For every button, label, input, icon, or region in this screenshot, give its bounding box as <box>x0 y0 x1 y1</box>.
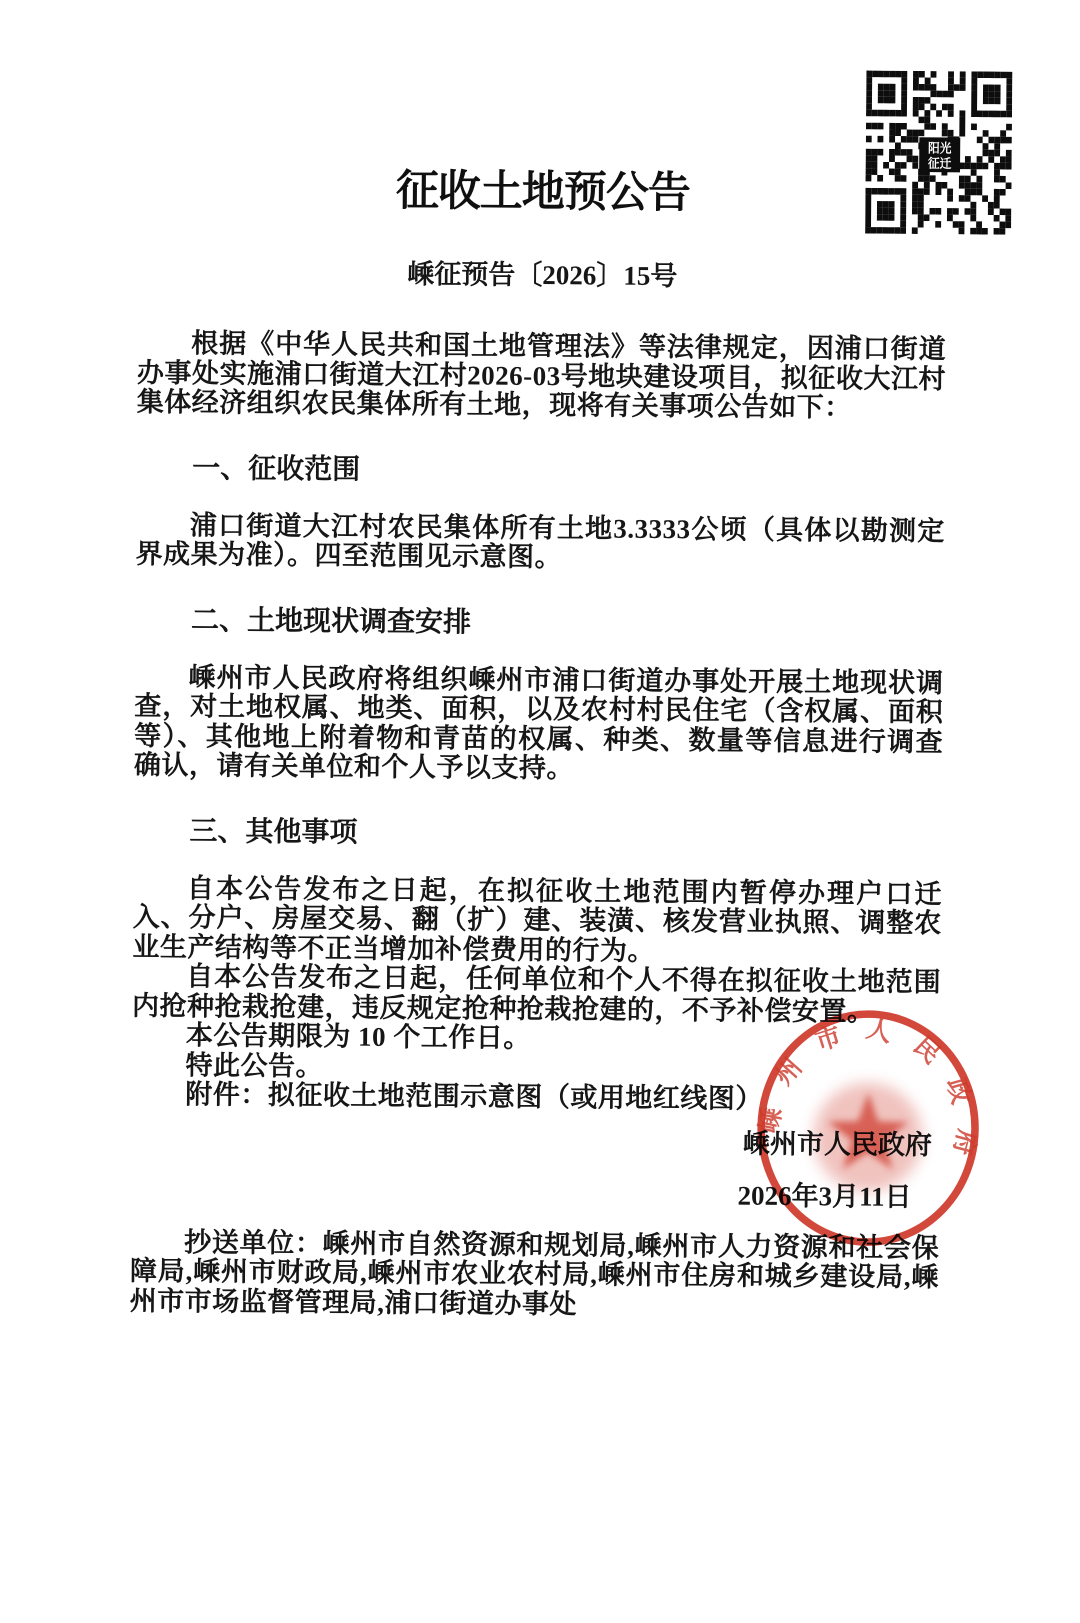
document-number: 嵊征预告〔2026〕15号 <box>138 250 947 295</box>
attachment-line: 附件：拟征收土地范围示意图（或用地红线图） <box>131 1080 940 1116</box>
section-1-paragraph: 浦口街道大江村农民集体所有土地3.3333公顷（具体以勘测定界成果为准）。四至范… <box>135 510 944 575</box>
section-2-paragraph: 嵊州市人民政府将组织嵊州市浦口街道办事处开展土地现状调查，对土地权属、地类、面积… <box>134 662 944 786</box>
document-body: 征收土地预公告 嵊征预告〔2026〕15号 根据《中华人民共和国土地管理法》等法… <box>0 0 1080 1323</box>
section-3-paragraph-2: 自本公告发布之日起，任何单位和个人不得在拟征收土地范围内抢种抢栽抢建，违反规定抢… <box>132 962 941 1027</box>
intro-paragraph: 根据《中华人民共和国土地管理法》等法律规定，因浦口街道办事处实施浦口街道大江村2… <box>137 329 947 424</box>
section-1-heading: 一、征收范围 <box>136 453 945 489</box>
section-2-heading: 二、土地现状调查安排 <box>135 605 944 641</box>
document-title: 征收土地预公告 <box>138 155 947 222</box>
issuer-signature: 嵊州市人民政府 <box>131 1123 940 1159</box>
scanned-sheet: 阳光 征迁 征收土地预公告 嵊征预告〔2026〕15号 根据《中华人民共和国土地… <box>0 0 1080 1623</box>
issue-date: 2026年3月11日 <box>130 1175 939 1211</box>
cc-list: 抄送单位：嵊州市自然资源和规划局,嵊州市人力资源和社会保障局,嵊州市财政局,嵊州… <box>130 1227 940 1322</box>
announcement-page: 阳光 征迁 征收土地预公告 嵊征预告〔2026〕15号 根据《中华人民共和国土地… <box>0 0 1080 1623</box>
section-3-paragraph-1: 自本公告发布之日起，在拟征收土地范围内暂停办理户口迁入、分户、房屋交易、翻（扩）… <box>132 873 942 968</box>
section-3-heading: 三、其他事项 <box>133 816 942 852</box>
